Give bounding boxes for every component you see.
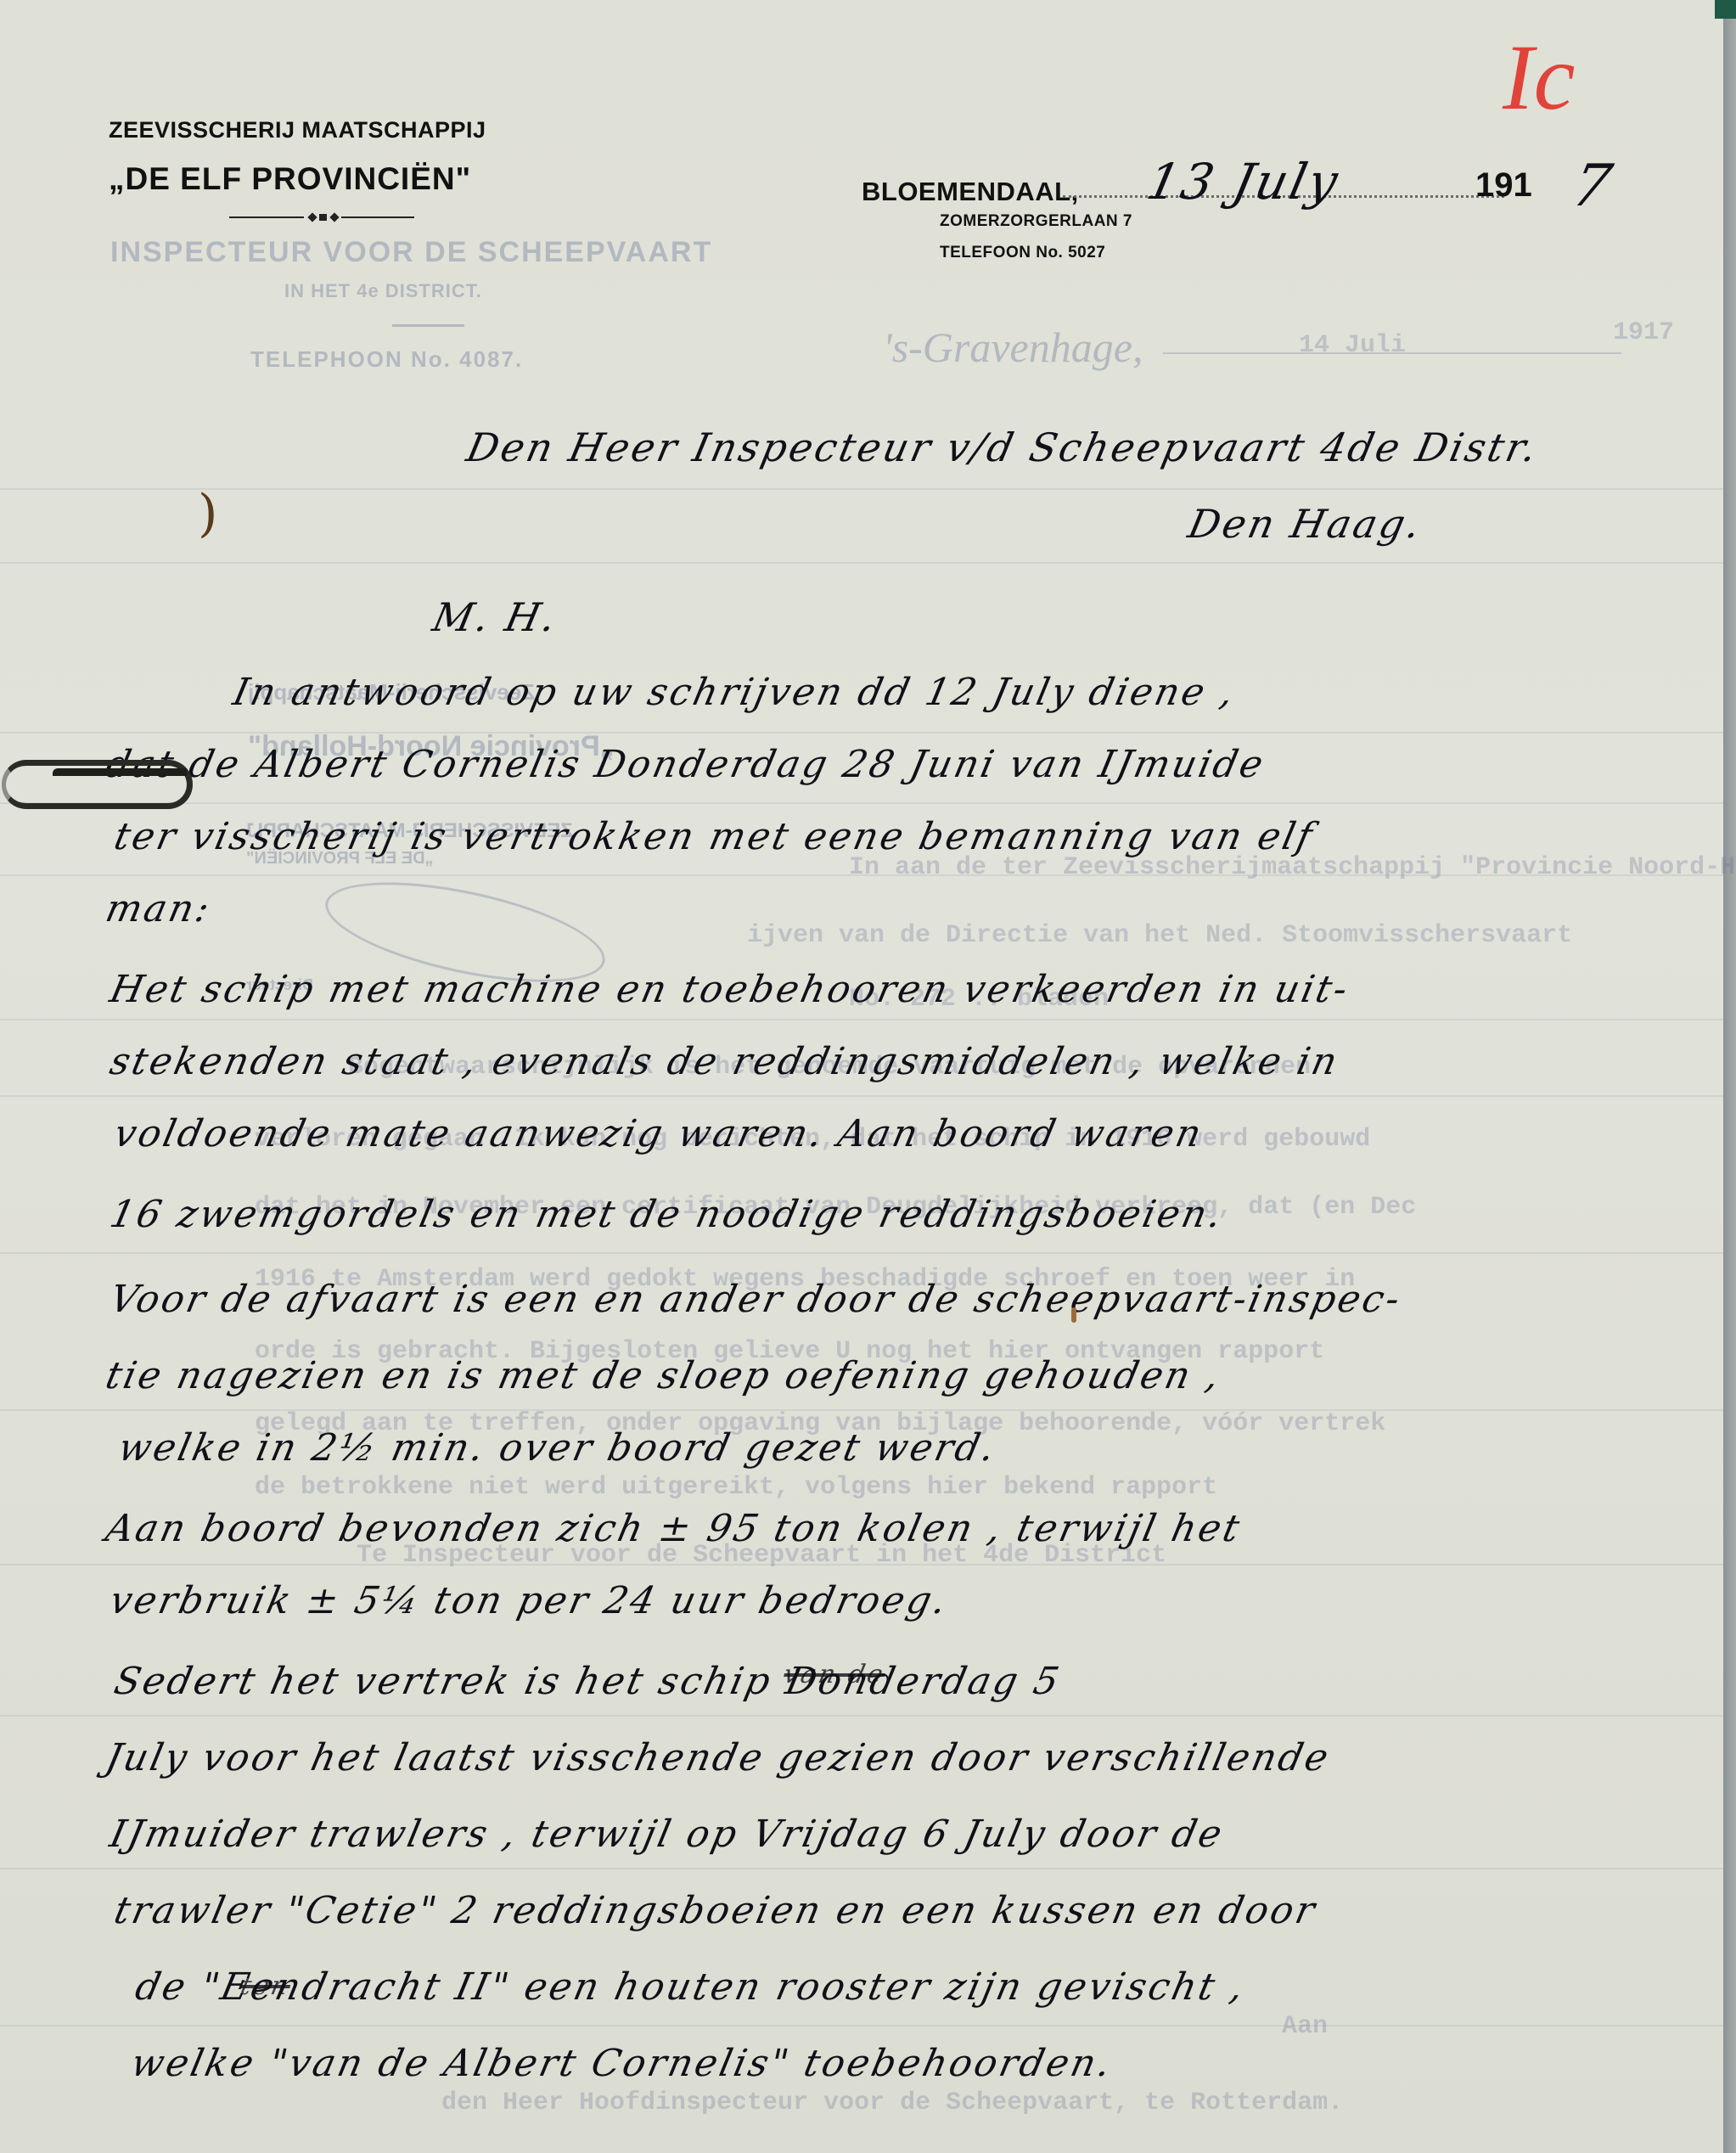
body-line-19: welke "van de Albert Cornelis" toebehoor… (127, 2042, 1117, 2085)
bleed-divider (392, 324, 464, 327)
body-line-6: stekenden staat , evenals de reddingsmid… (106, 1040, 1343, 1083)
letterhead-telephone: TELEFOON No. 5027 (940, 244, 1105, 262)
body-line-11: welke in 2½ min. over boord gezet werd. (115, 1426, 1001, 1470)
body-line-4: man: (102, 887, 216, 930)
body-line-14: Sedert het vertrek is het schip Donderda… (110, 1660, 1065, 1703)
body-line-18: de "Eendracht II" een houten rooster zij… (132, 1965, 1250, 2009)
ruled-line (0, 1095, 1723, 1097)
red-reference-mark: Ic (1503, 24, 1575, 132)
body-line-15: July voor het laatst visschende gezien d… (102, 1736, 1334, 1779)
body-line-13: verbruik ± 5¼ ton per 24 uur bedroeg. (106, 1579, 952, 1622)
bleed-place: 's-Gravenhage, (883, 323, 1143, 372)
body-line-10: tie nagezien en is met de sloep oefening… (102, 1354, 1226, 1397)
paperclip-inner-wire (53, 768, 187, 788)
body-line-1: In antwoord op uw schrijven dd 12 July d… (229, 671, 1240, 714)
body-line-3: ter visscherij is vertrokken met eene be… (110, 815, 1318, 858)
body-line-5: Het schip met machine en toebehooren ver… (106, 968, 1354, 1011)
ruled-line (0, 802, 1723, 804)
bleed-typed-line: ijven van de Directie van het Ned. Stoom… (747, 921, 1572, 950)
printed-year: 191 (1475, 166, 1532, 205)
bleed-place-year: 1917 (1613, 318, 1674, 347)
struck-word: ten (238, 1971, 294, 2001)
addressee-line: Den Heer Inspecteur v/d Scheepvaart 4de … (463, 424, 1543, 470)
addressee-city: Den Haag. (1184, 501, 1427, 547)
handwritten-date: 13 July (1142, 153, 1346, 211)
body-line-2: dat de Albert Cornelis Donderdag 28 Juni… (102, 743, 1269, 786)
page-edge (1723, 0, 1736, 2153)
body-line-7: voldoende mate aanwezig waren. Aan boord… (110, 1112, 1207, 1155)
ruled-line (0, 562, 1723, 564)
bleed-typed-line: Aan (1282, 2012, 1328, 2041)
company-name-line2: „DE ELF PROVINCIËN" (109, 161, 471, 197)
bleed-typed-line: den Heer Hoofdinspecteur voor de Scheepv… (441, 2088, 1343, 2117)
struck-word: van de (781, 1660, 888, 1689)
body-line-9: Voor de afvaart is een en ander door de … (106, 1278, 1406, 1321)
letterhead-address: ZOMERZORGERLAAN 7 (940, 212, 1132, 231)
body-line-17: trawler "Cetie" 2 reddingsboeien en een … (110, 1889, 1321, 1932)
page-corner (1715, 0, 1736, 19)
letterhead-city: BLOEMENDAAL, (862, 177, 1079, 207)
body-line-12: Aan boord bevonden zich ± 95 ton kolen ,… (102, 1507, 1245, 1550)
bleed-inspector-district: IN HET 4e DISTRICT. (284, 280, 482, 302)
ruled-line (0, 1252, 1723, 1254)
ruled-line (0, 488, 1723, 490)
ink-stain (1071, 1307, 1076, 1323)
letterhead-ornament (229, 214, 414, 221)
bleed-inspector-phone: TELEPHOON No. 4087. (250, 346, 523, 373)
bleed-inspector-title: INSPECTEUR VOOR DE SCHEEPVAART (110, 236, 712, 269)
bleed-place-date: 14 Juli (1299, 331, 1406, 360)
pencil-mark: ) (198, 484, 217, 543)
ruled-line (0, 1019, 1723, 1020)
body-line-8: 16 zwemgordels en met de noodige redding… (106, 1193, 1228, 1236)
ruled-line (0, 1715, 1723, 1717)
company-name-line1: ZEEVISSCHERIJ MAATSCHAPPIJ (109, 117, 486, 143)
body-line-16: IJmuider trawlers , terwijl op Vrijdag 6… (106, 1813, 1228, 1856)
ruled-line (0, 2025, 1723, 2027)
ruled-line (0, 1868, 1723, 1869)
bleed-typed-line: de betrokkene niet werd uitgereikt, volg… (255, 1473, 1217, 1502)
salutation: M. H. (429, 594, 563, 640)
